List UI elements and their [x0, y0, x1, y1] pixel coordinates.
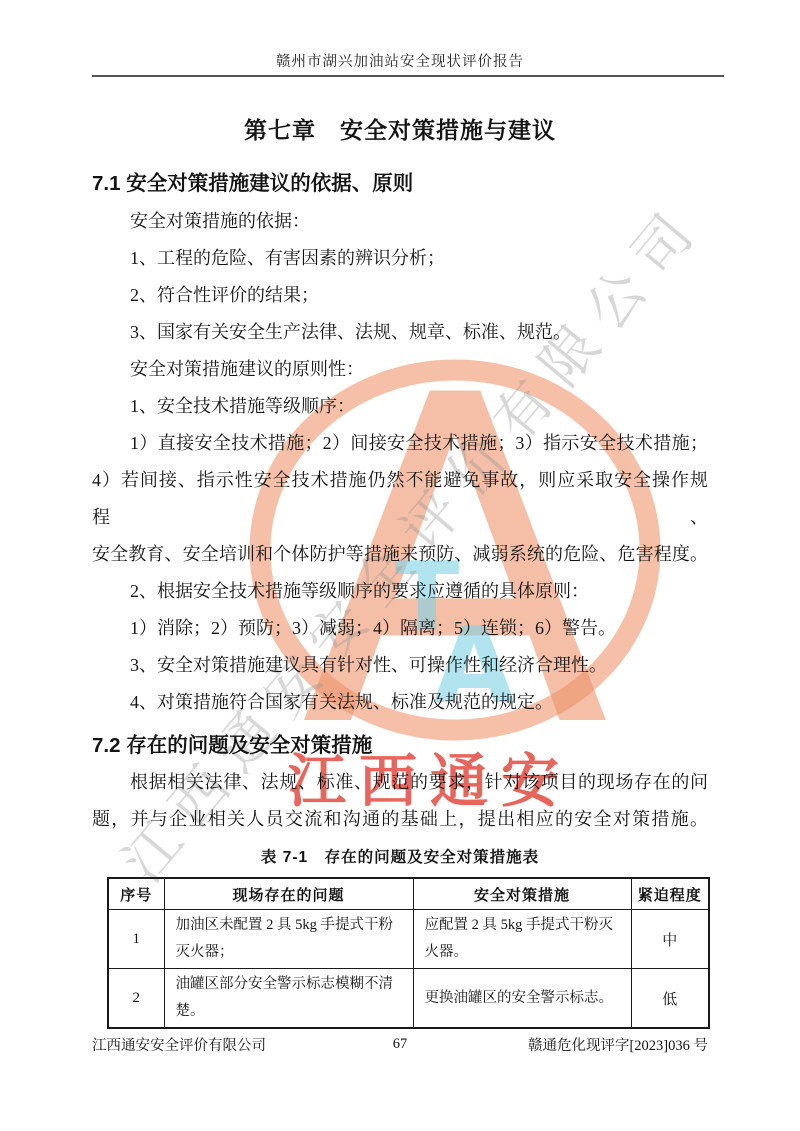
cell-urgency: 中 — [631, 910, 709, 969]
paragraph: 1、工程的危险、有害因素的辨识分析； — [92, 240, 708, 277]
paragraph: 1）消除；2）预防；3）减弱；4）隔离；5）连锁；6）警告。 — [92, 610, 708, 647]
paragraph: 1、安全技术措施等级顺序： — [92, 388, 708, 425]
header-rule — [92, 75, 724, 77]
cell-measure: 应配置 2 具 5kg 手提式干粉灭火器。 — [413, 910, 631, 969]
paragraph: 2、符合性评价的结果； — [92, 277, 708, 314]
cell-seq: 1 — [108, 910, 164, 969]
cell-issue: 油罐区部分安全警示标志模糊不清楚。 — [164, 969, 413, 1029]
cell-urgency: 低 — [631, 969, 709, 1029]
column-header-issue: 现场存在的问题 — [164, 878, 413, 910]
table-row: 1 加油区未配置 2 具 5kg 手提式干粉灭火器； 应配置 2 具 5kg 手… — [108, 910, 709, 969]
cell-measure: 更换油罐区的安全警示标志。 — [413, 969, 631, 1029]
paragraph: 2、根据安全技术措施等级顺序的要求应遵循的具体原则： — [92, 573, 708, 610]
cell-seq: 2 — [108, 969, 164, 1029]
paragraph: 根据相关法律、法规、标准、规范的要求，针对该项目的现场存在的问 题，并与企业相关… — [92, 764, 708, 838]
chapter-title: 第七章 安全对策措施与建议 — [92, 115, 708, 145]
table-header-row: 序号 现场存在的问题 安全对策措施 紧迫程度 — [108, 878, 709, 910]
document-page: 赣州市湖兴加油站安全现状评价报告 第七章 安全对策措施与建议 7.1 安全对策措… — [0, 0, 800, 1029]
table-row: 2 油罐区部分安全警示标志模糊不清楚。 更换油罐区的安全警示标志。 低 — [108, 969, 709, 1029]
paragraph: 安全对策措施的依据： — [92, 203, 708, 240]
paragraph: 3、安全对策措施建议具有针对性、可操作性和经济合理性。 — [92, 647, 708, 684]
section-7-2-body: 根据相关法律、法规、标准、规范的要求，针对该项目的现场存在的问 题，并与企业相关… — [92, 764, 708, 838]
section-7-1-body: 安全对策措施的依据： 1、工程的危险、有害因素的辨识分析； 2、符合性评价的结果… — [92, 203, 708, 721]
footer-doc-number: 赣通危化现评字[2023]036 号 — [528, 1034, 708, 1055]
column-header-seq: 序号 — [108, 878, 164, 910]
table-caption: 表 7-1 存在的问题及安全对策措施表 — [92, 847, 708, 868]
paragraph: 4、对策措施符合国家有关法规、标准及规范的规定。 — [92, 684, 708, 721]
paragraph: 安全对策措施建议的原则性： — [92, 351, 708, 388]
page-footer: 江西通安安全评价有限公司 67 赣通危化现评字[2023]036 号 — [92, 1034, 708, 1056]
issues-table: 序号 现场存在的问题 安全对策措施 紧迫程度 1 加油区未配置 2 具 5kg … — [107, 877, 710, 1029]
cell-issue: 加油区未配置 2 具 5kg 手提式干粉灭火器； — [164, 910, 413, 969]
paragraph: 1）直接安全技术措施；2）间接安全技术措施；3）指示安全技术措施； 4）若间接、… — [92, 425, 708, 573]
section-7-1-heading: 7.1 安全对策措施建议的依据、原则 — [92, 170, 708, 197]
column-header-urgency: 紧迫程度 — [631, 878, 709, 910]
section-7-2-heading: 7.2 存在的问题及安全对策措施 — [92, 732, 708, 759]
paragraph: 3、国家有关安全生产法律、法规、规章、标准、规范。 — [92, 314, 708, 351]
page-header-title: 赣州市湖兴加油站安全现状评价报告 — [92, 0, 708, 72]
column-header-measure: 安全对策措施 — [413, 878, 631, 910]
